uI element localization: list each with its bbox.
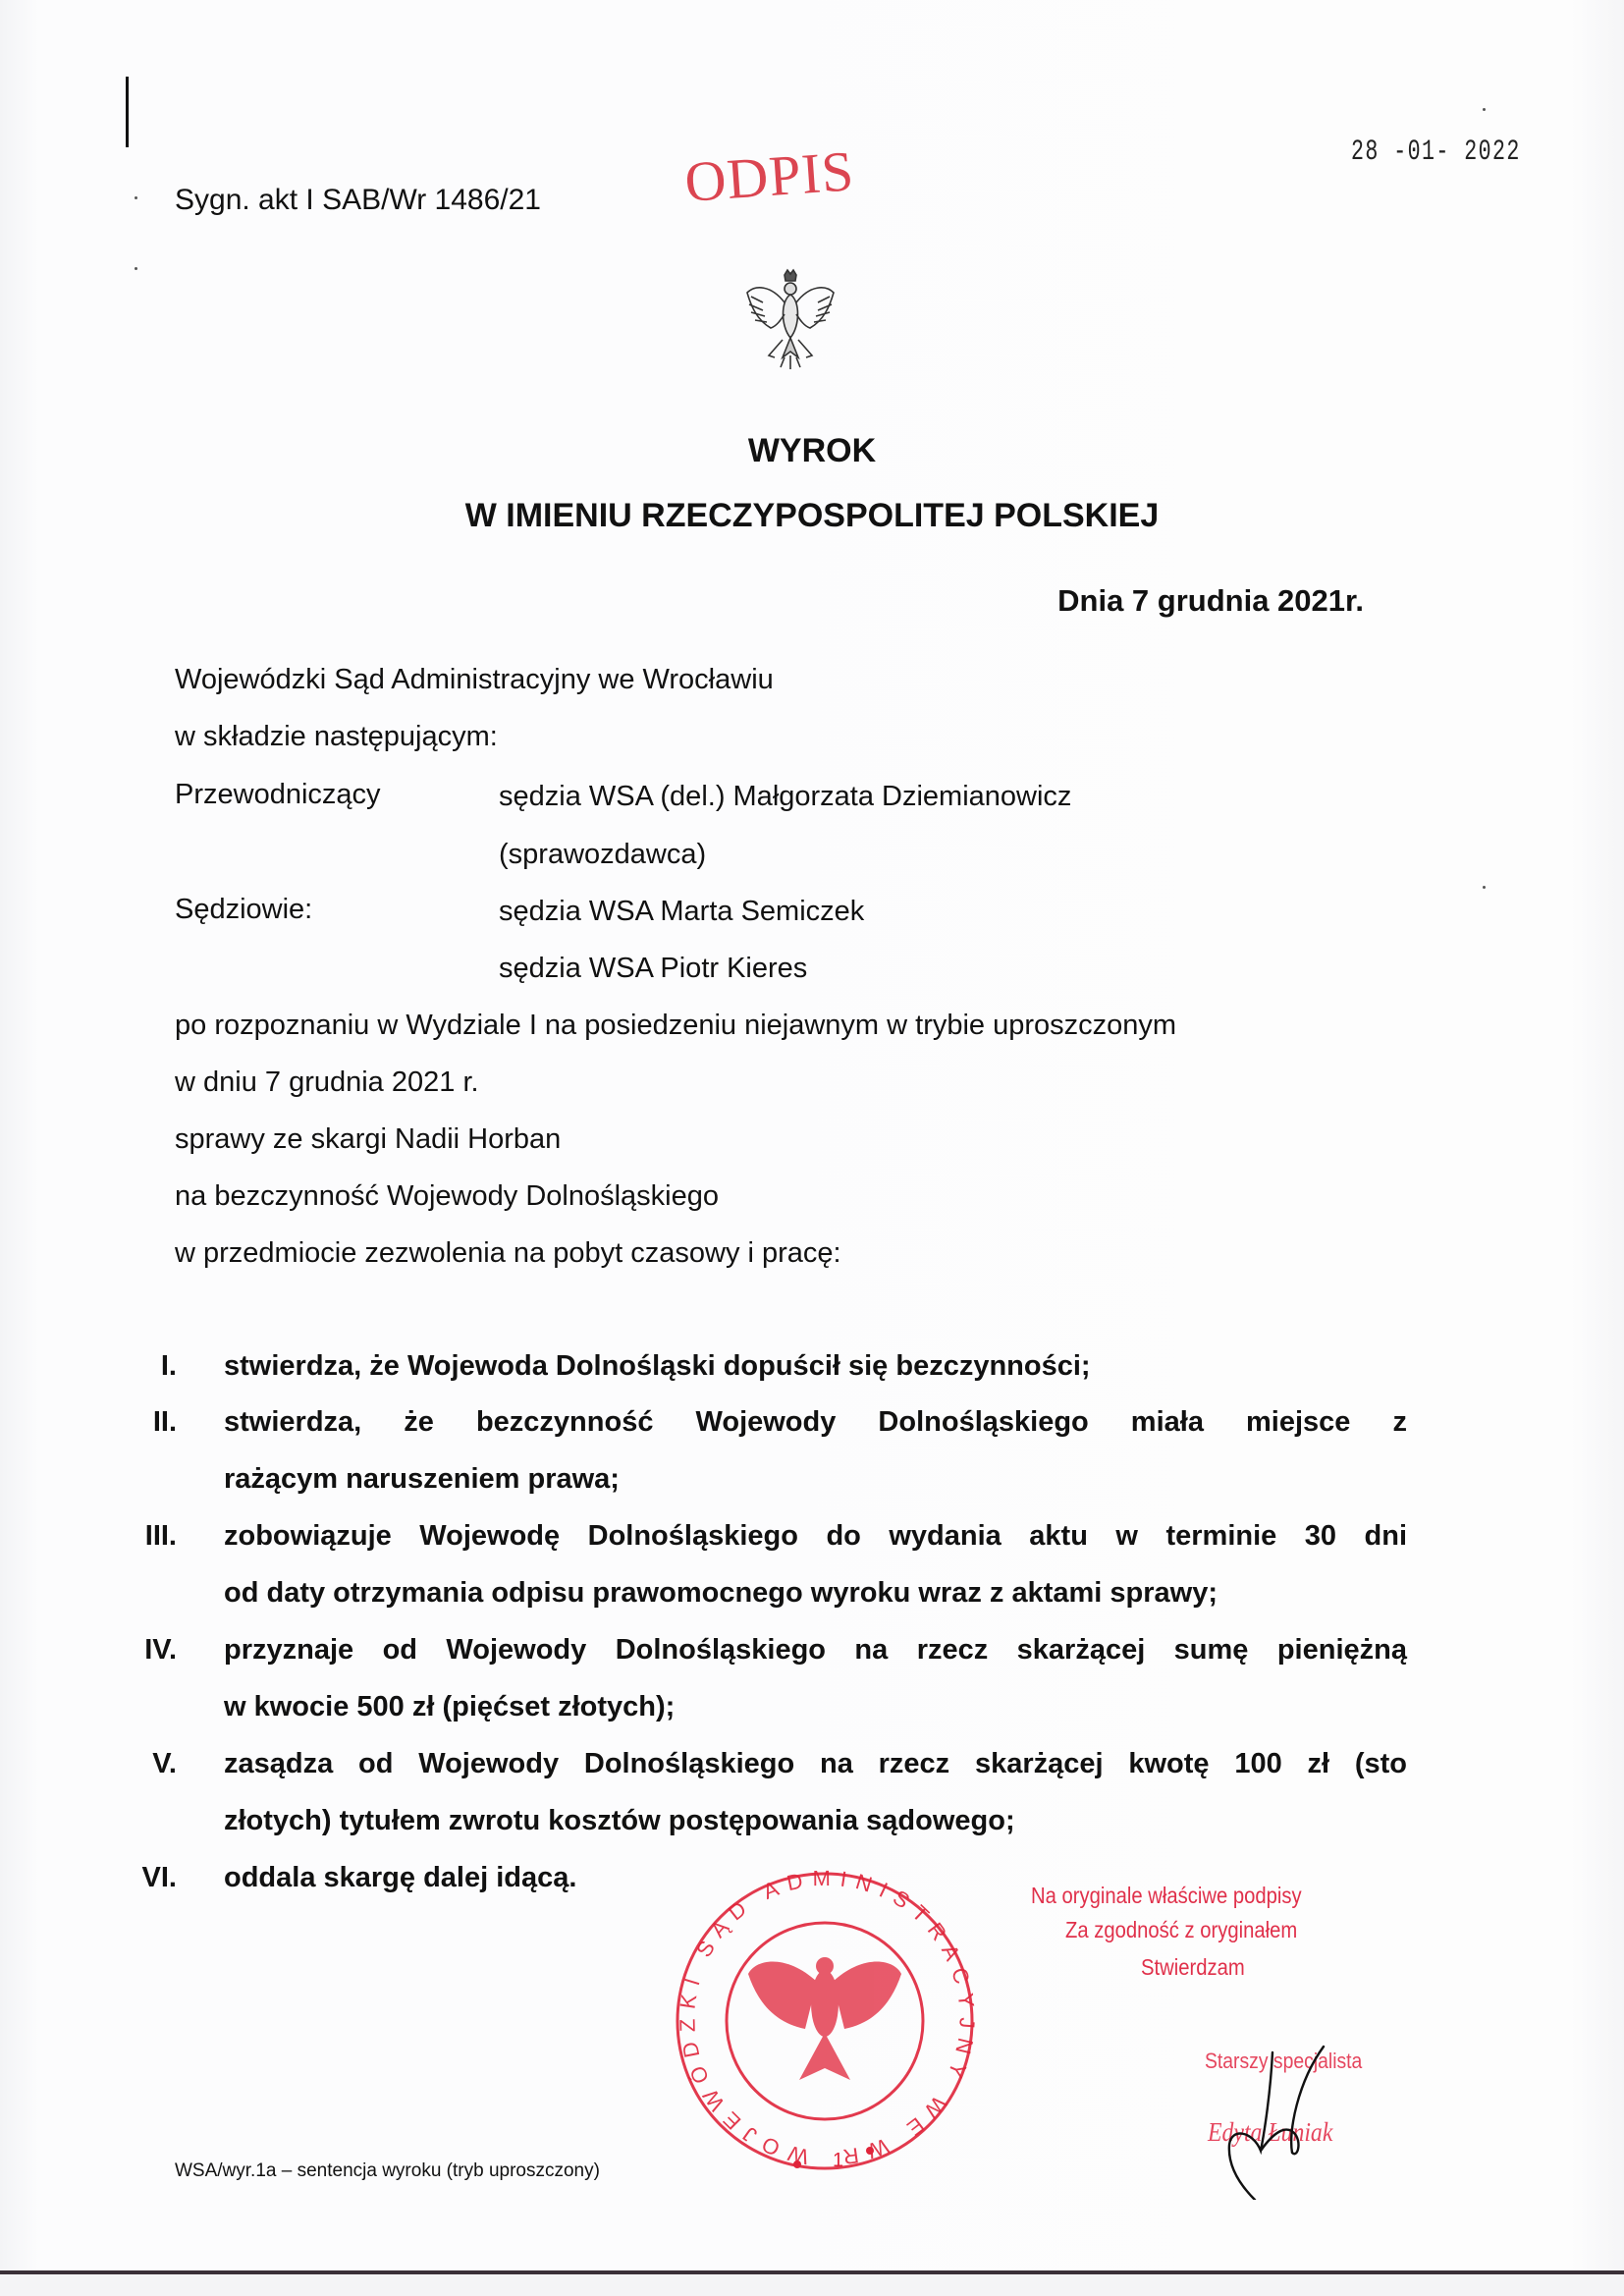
- handwritten-signature-icon: [1225, 2043, 1343, 2200]
- ruling-text: złotych) tytułem zwrotu kosztów postępow…: [224, 1805, 1407, 1837]
- scan-margin: [0, 2274, 1624, 2296]
- certification-line: Na oryginale właściwe podpisy: [1031, 1883, 1302, 1909]
- panel-member-note: (sprawozdawca): [499, 839, 706, 871]
- scan-speck: [135, 196, 137, 199]
- ruling-text: zobowiązuje Wojewodę Dolnośląskiego do w…: [224, 1520, 1407, 1553]
- proceedings-line: w przedmiocie zezwolenia na pobyt czasow…: [175, 1239, 841, 1268]
- court-seal-icon: WOJEWÓDZKI SĄD ADMINISTRACYJNY WE WROCŁA…: [660, 1856, 994, 2180]
- copy-stamp: ODPIS: [682, 137, 856, 215]
- seal-mark: 1: [833, 2150, 843, 2171]
- polish-eagle-icon: [741, 267, 839, 375]
- panel-role: Sędziowie:: [175, 896, 312, 924]
- document-page: Sygn. akt I SAB/Wr 1486/21 ODPIS 28 -01-…: [0, 0, 1624, 2296]
- panel-role: Przewodniczący: [175, 781, 381, 809]
- scan-speck: [1483, 108, 1486, 111]
- margin-mark: [126, 77, 129, 147]
- document-subtitle: W IMIENIU RZECZYPOSPOLITEJ POLSKIEJ: [0, 497, 1624, 535]
- certification-line: Stwierdzam: [1141, 1954, 1245, 1981]
- ruling-number: V.: [0, 1748, 177, 1780]
- ruling-number: III.: [0, 1520, 177, 1553]
- ruling-text: stwierdza, że bezczynność Wojewody Dolno…: [224, 1406, 1407, 1439]
- ruling-text: od daty otrzymania odpisu prawomocnego w…: [224, 1577, 1407, 1610]
- received-date-stamp: 28 -01- 2022: [1351, 136, 1521, 169]
- proceedings-line: na bezczynność Wojewody Dolnośląskiego: [175, 1182, 719, 1211]
- ruling-number: II.: [0, 1406, 177, 1439]
- proceedings-line: po rozpoznaniu w Wydziale I na posiedzen…: [175, 1011, 1176, 1040]
- ruling-text: przyznaje od Wojewody Dolnośląskiego na …: [224, 1634, 1407, 1667]
- panel-member: sędzia WSA Marta Semiczek: [499, 896, 864, 928]
- certification-line: Za zgodność z oryginałem: [1065, 1917, 1297, 1943]
- scan-speck: [135, 267, 137, 270]
- panel-member: sędzia WSA Piotr Kieres: [499, 953, 807, 985]
- ruling-text: stwierdza, że Wojewoda Dolnośląski dopuś…: [224, 1350, 1407, 1383]
- judgment-date: Dnia 7 grudnia 2021r.: [1057, 583, 1364, 619]
- panel-member: sędzia WSA (del.) Małgorzata Dziemianowi…: [499, 781, 1071, 813]
- ruling-number: VI.: [0, 1862, 177, 1894]
- ruling-text: zasądza od Wojewody Dolnośląskiego na rz…: [224, 1748, 1407, 1780]
- composition-intro: w składzie następującym:: [175, 723, 498, 751]
- ruling-number: I.: [0, 1350, 177, 1383]
- court-name: Wojewódzki Sąd Administracyjny we Wrocła…: [175, 666, 774, 694]
- ruling-text: rażącym naruszeniem prawa;: [224, 1463, 1407, 1496]
- ruling-text: w kwocie 500 zł (pięćset złotych);: [224, 1691, 1407, 1723]
- case-reference: Sygn. akt I SAB/Wr 1486/21: [175, 184, 541, 217]
- document-title: WYROK: [0, 432, 1624, 470]
- proceedings-line: sprawy ze skargi Nadii Horban: [175, 1125, 561, 1154]
- proceedings-line: w dniu 7 grudnia 2021 r.: [175, 1068, 479, 1097]
- scan-speck: [1483, 886, 1486, 889]
- form-footer: WSA/wyr.1a – sentencja wyroku (tryb upro…: [175, 2160, 600, 2182]
- ruling-number: IV.: [0, 1634, 177, 1667]
